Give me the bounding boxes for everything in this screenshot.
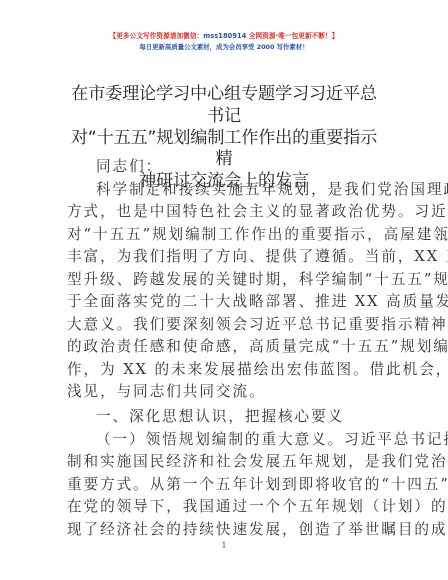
document-title: 在市委理论学习中心组专题学习习近平总书记 对“十五五”规划编制工作作出的重要指示… bbox=[64, 84, 384, 193]
body-line: 丰富，为我们指明了方向、提供了遵循。当前，XX 正处于转 bbox=[67, 245, 448, 266]
body-line: 一、深化思想认识，把握核心要义 bbox=[96, 405, 344, 426]
body-line: 科学制定和接续实施五年规划，是我们党治国理政的重要 bbox=[96, 178, 448, 199]
body-line: 同志们： bbox=[96, 155, 162, 176]
promo-banner-line-2: 每日更新高质量公文素材，成为会员享受 2000 写作素材！ bbox=[0, 42, 448, 51]
title-line: 在市委理论学习中心组专题学习习近平总书记 bbox=[64, 84, 384, 128]
page-number: 1 bbox=[0, 541, 448, 550]
body-line: 方式，也是中国特色社会主义的显著政治优势。习近平总书记 bbox=[67, 200, 448, 221]
promo-banner-line-1: 【更多公文写作资源请加微信：mss180914 全网资源·唯一包更新不断！】 bbox=[0, 30, 448, 40]
body-line: 重要方式。从第一个五年计划到即将收官的“十四五”规划， bbox=[67, 473, 448, 494]
promo-prefix: 【更多公文写作资源请加微信： bbox=[110, 32, 204, 40]
body-line: 于全面落实党的二十大战略部署、推进 XX 高质量发展具有重 bbox=[67, 290, 448, 311]
body-line: 作，为 XX 的未来发展描绘出宏伟蓝图。借此机会，我谈几点 bbox=[67, 358, 448, 379]
promo-wechat-id: mss180914 bbox=[203, 32, 246, 40]
body-line: 的政治责任感和使命感，高质量完成“十五五”规划编制工 bbox=[67, 335, 448, 356]
body-line: 制和实施国民经济和社会发展五年规划，是我们党治国理政的 bbox=[67, 450, 448, 471]
body-line: 在党的领导下，我国通过一个个五年规划（计划）的实施，实 bbox=[67, 495, 448, 516]
promo-suffix: 全网资源·唯一包更新不断！】 bbox=[246, 32, 338, 40]
body-line: 浅见，与同志们共同交流。 bbox=[67, 380, 266, 401]
document-page: 【更多公文写作资源请加微信：mss180914 全网资源·唯一包更新不断！】 每… bbox=[0, 0, 448, 580]
body-line: 大意义。我们要深刻领会习近平总书记重要指示精神，以高度 bbox=[67, 313, 448, 334]
body-line: 型升级、跨越发展的关键时期，科学编制“十五五”规划，对 bbox=[67, 268, 448, 289]
body-line: 对“十五五”规划编制工作作出的重要指示，高屋建瓴、内涵 bbox=[67, 223, 448, 244]
body-line: （一）领悟规划编制的重大意义。习近平总书记指出，编 bbox=[96, 428, 448, 449]
body-line: 现了经济社会的持续快速发展，创造了举世瞩目的成就。“十 bbox=[67, 518, 448, 539]
